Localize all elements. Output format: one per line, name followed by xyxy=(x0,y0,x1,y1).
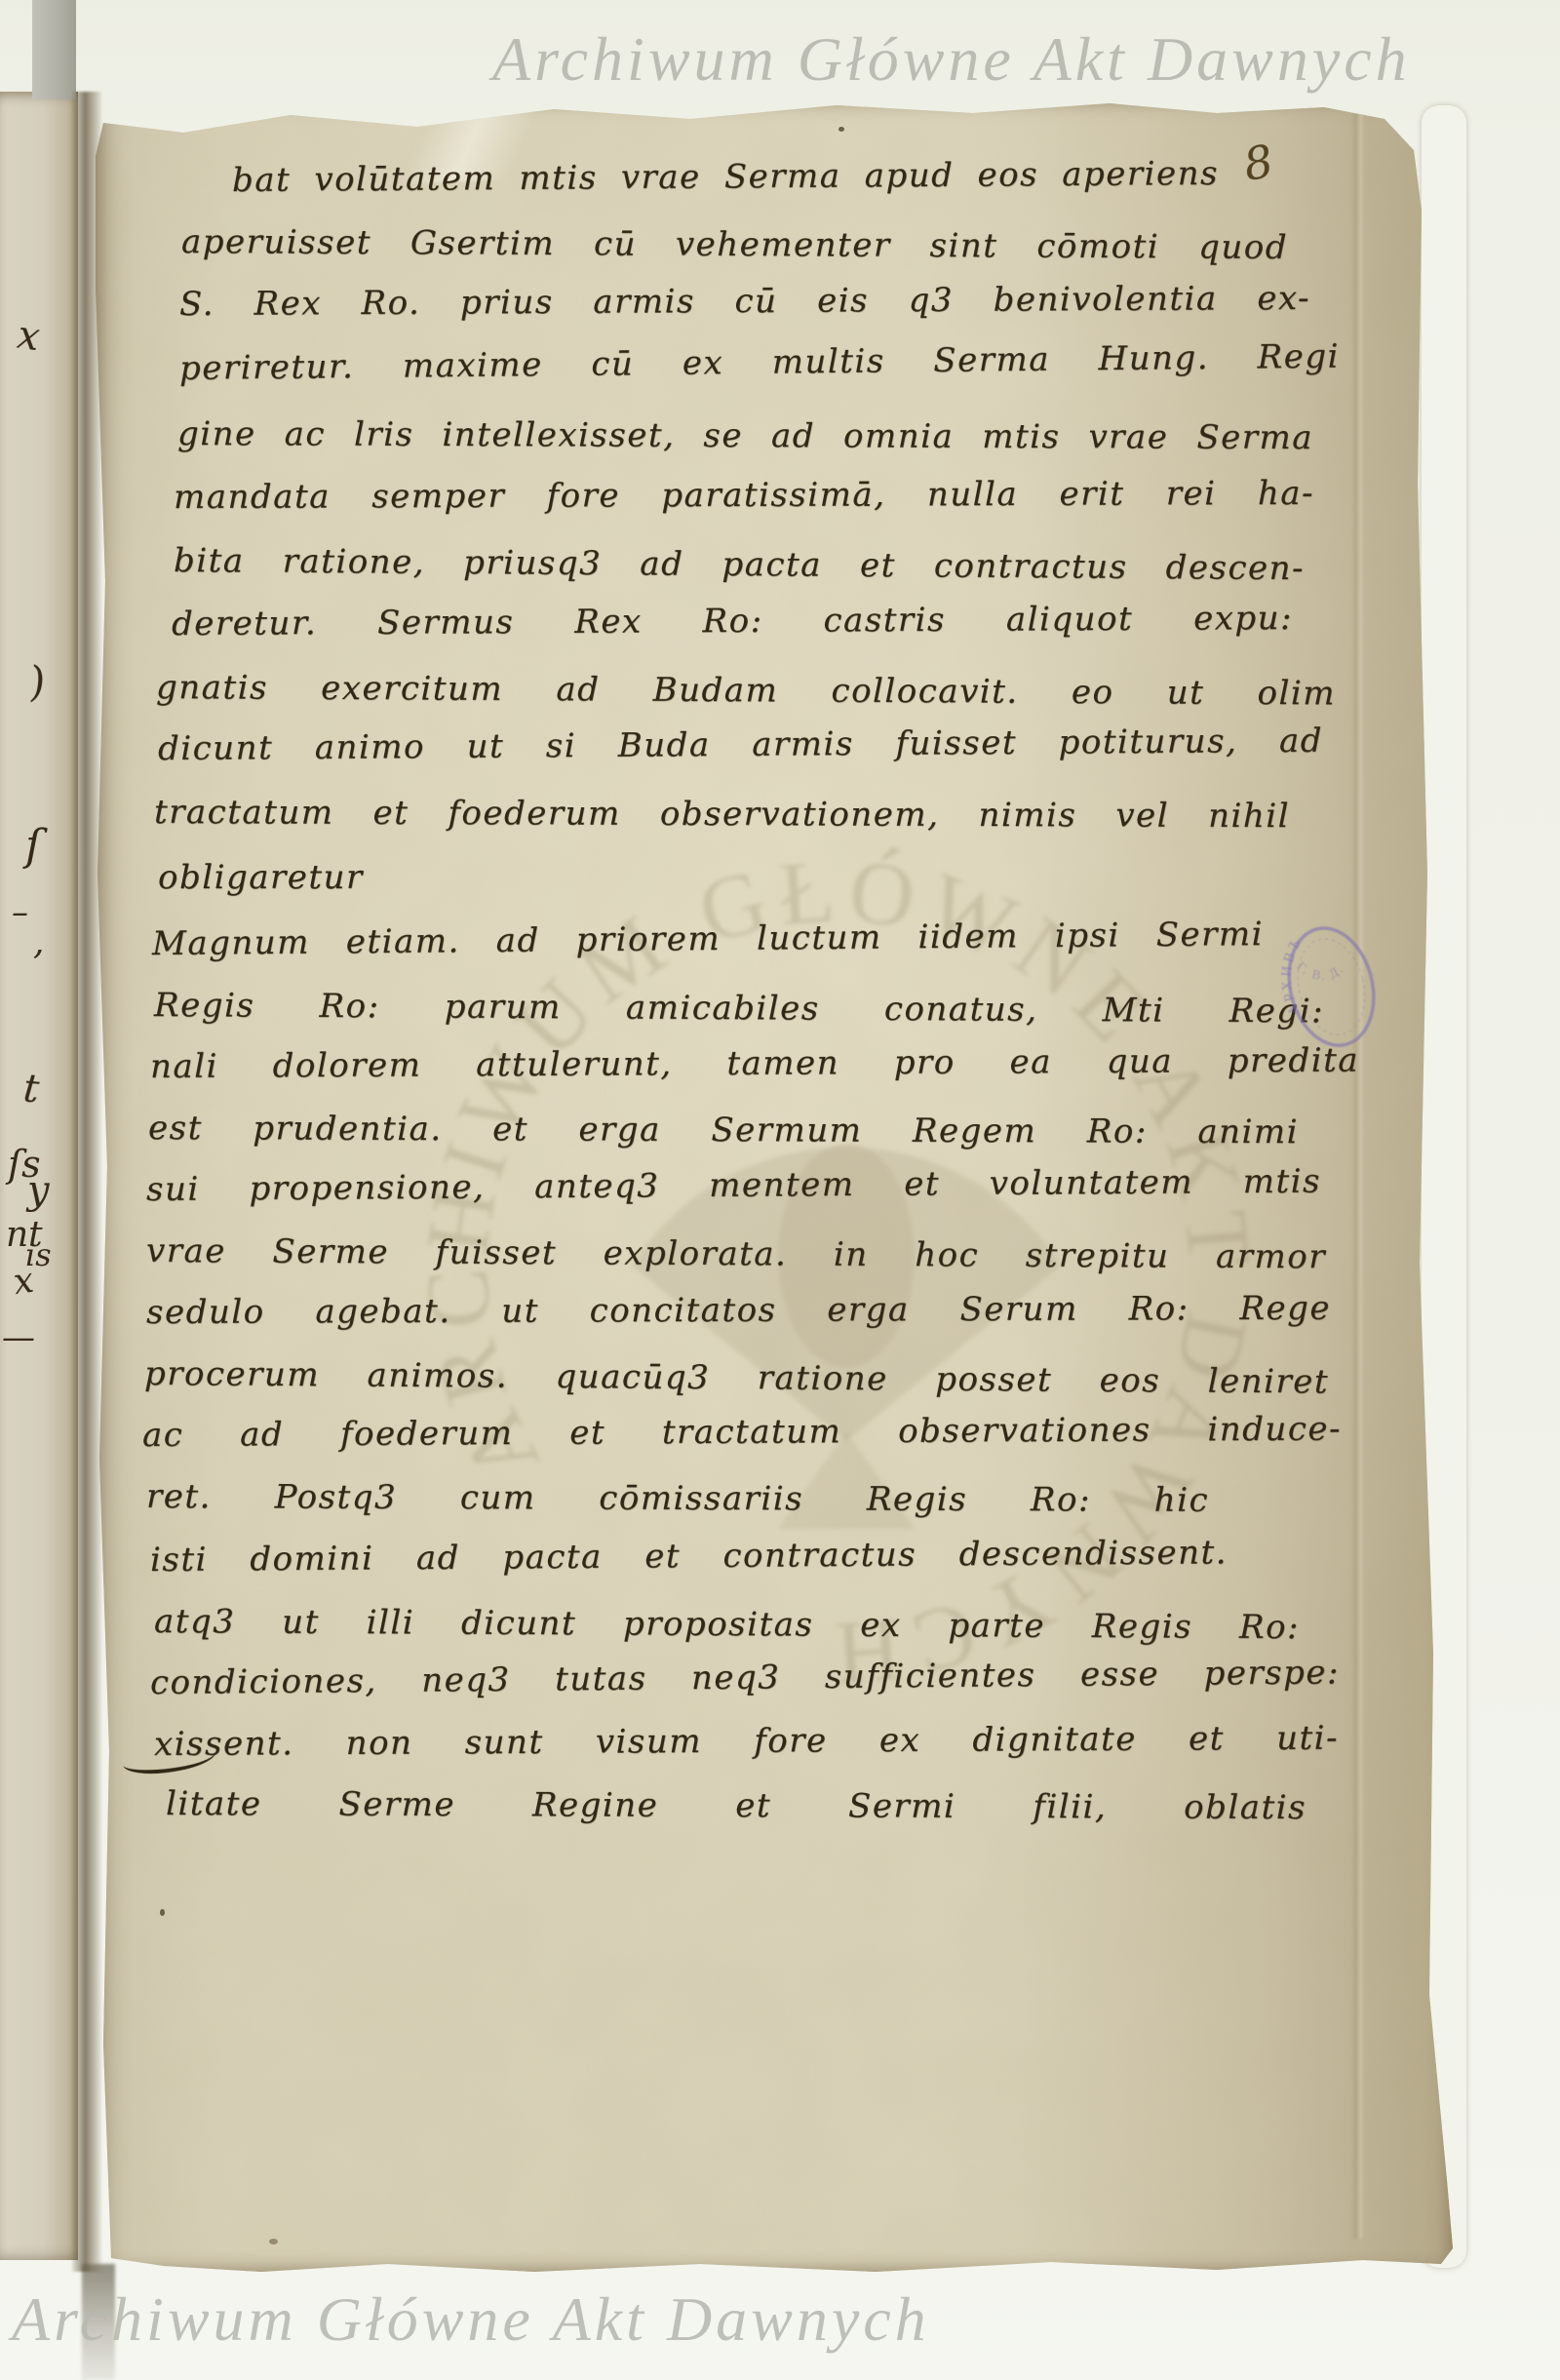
facing-page-stroke: – xyxy=(12,893,28,932)
manuscript-line: litate Serme Regine et Sermi filii, obla… xyxy=(166,1780,1306,1833)
manuscript-line: isti domini ad pacta et contractus desce… xyxy=(150,1529,1228,1585)
vertical-crease xyxy=(1351,113,1365,2239)
manuscript-line: obligaretur xyxy=(158,854,421,903)
manuscript-line: ret. Postq3 cum cōmissariis Regis Ro: hi… xyxy=(146,1473,1209,1526)
manuscript-line: gine ac lris intellexisset, se ad omnia … xyxy=(177,410,1313,463)
manuscript-line: Regis Ro: parum amicabiles conatus, Mti … xyxy=(154,982,1324,1036)
stamp-text-bottom: Г. В. Д. xyxy=(1292,950,1347,990)
manuscript-line: deretur. Sermus Rex Ro: castris aliquot … xyxy=(172,595,1293,649)
manuscript-line: condiciones, neq3 tutas neq3 sufficiente… xyxy=(150,1649,1340,1708)
manuscript-line: gnatis exercitum ad Budam collocavit. eo… xyxy=(156,664,1336,719)
archive-watermark-bottom: Archiwum Główne Akt Dawnych xyxy=(12,2283,930,2356)
gutter-shadow-bottom xyxy=(82,2264,115,2380)
folio-number: 8 xyxy=(1240,135,1277,191)
facing-page-stroke: , xyxy=(33,922,44,962)
manuscript-line: bita ratione, priusq3 ad pacta et contra… xyxy=(174,537,1305,594)
facing-page-stroke: — xyxy=(2,1318,35,1357)
ink-speck xyxy=(269,2239,278,2244)
facing-page-edge: x ) ſ – , t ſs y nt is x — xyxy=(0,92,78,2260)
spine-ribbon xyxy=(32,0,76,99)
page-gutter-shadow xyxy=(72,92,101,2272)
manuscript-line: bat volūtatem mtis vrae Serma apud eos a… xyxy=(232,150,1219,206)
manuscript-line: aperuisset Gsertim cū vehementer sint cō… xyxy=(181,218,1288,273)
facing-page-stroke: ſ xyxy=(25,821,41,871)
manuscript-line: nali dolorem attulerunt, tamen pro ea qu… xyxy=(150,1037,1359,1092)
svg-text:Г. В. Д.: Г. В. Д. xyxy=(1292,950,1347,990)
manuscript-page: ARCHIWUM GŁÓWNE AKT DAWNYCH 8 bat volūta… xyxy=(96,94,1453,2274)
manuscript-line: tractatum et foederum observationem, nim… xyxy=(154,789,1290,841)
manuscript-line: est prudentia. et erga Sermum Regem Ro: … xyxy=(148,1105,1299,1157)
manuscript-line: dicunt animo ut si Buda armis fuisset po… xyxy=(158,718,1323,774)
archive-watermark-top: Archiwum Główne Akt Dawnych xyxy=(492,23,1411,96)
manuscript-line: vrae Serme fuisset explorata. in hoc str… xyxy=(146,1228,1326,1282)
manuscript-line: procerum animos. quacūq3 ratione posset … xyxy=(144,1350,1329,1407)
ink-speck xyxy=(160,1909,165,1916)
scan-viewport: Archiwum Główne Akt Dawnych Archiwum Głó… xyxy=(0,0,1560,2380)
manuscript-line: ac ad foederum et tractatum observatione… xyxy=(142,1406,1342,1461)
manuscript-line: sedulo agebat. ut concitatos erga Serum … xyxy=(146,1285,1331,1338)
manuscript-line: periretur. maxime cū ex multis Serma Hun… xyxy=(179,333,1340,394)
pen-flourish xyxy=(122,1740,217,1776)
facing-page-stroke: t xyxy=(21,1066,41,1112)
manuscript-line: xissent. non sunt visum fore ex dignitat… xyxy=(154,1715,1339,1770)
manuscript-line: mandata semper fore paratissimā, nulla e… xyxy=(174,470,1314,523)
ink-speck xyxy=(838,127,844,132)
manuscript-line: S. Rex Ro. prius armis cū eis q3 benivol… xyxy=(179,275,1310,330)
manuscript-line: Magnum etiam. ad priorem luctum iidem ip… xyxy=(152,911,1264,969)
manuscript-line: sui propensione, anteq3 mentem et volunt… xyxy=(146,1158,1321,1215)
manuscript-line: atq3 ut illi dicunt propositas ex parte … xyxy=(154,1598,1300,1653)
facing-page-stroke: y xyxy=(27,1168,50,1213)
facing-page-stroke: ) xyxy=(26,656,47,705)
facing-page-stroke: x xyxy=(15,313,43,361)
